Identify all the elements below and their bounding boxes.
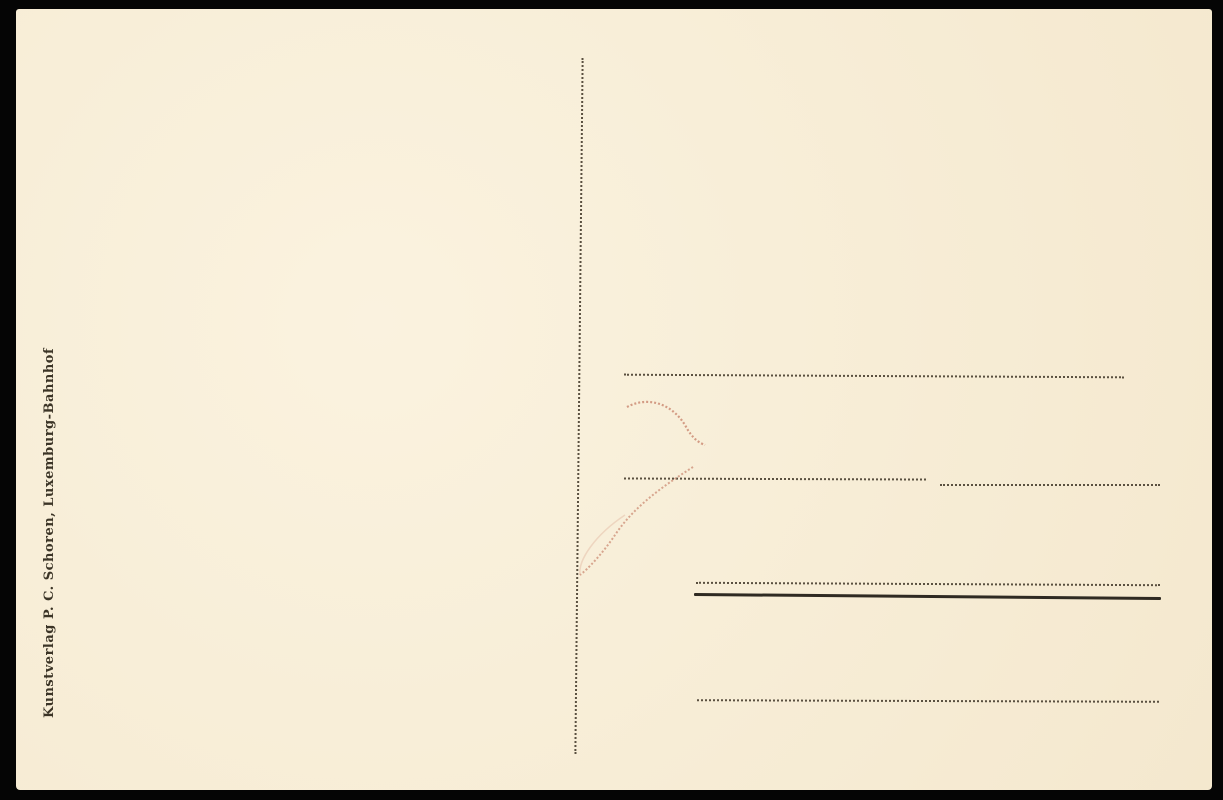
address-line-2b xyxy=(940,484,1160,486)
postcard-back xyxy=(16,9,1212,790)
publisher-imprint: Kunstverlag P. C. Schoren, Luxemburg-Bah… xyxy=(42,348,57,718)
